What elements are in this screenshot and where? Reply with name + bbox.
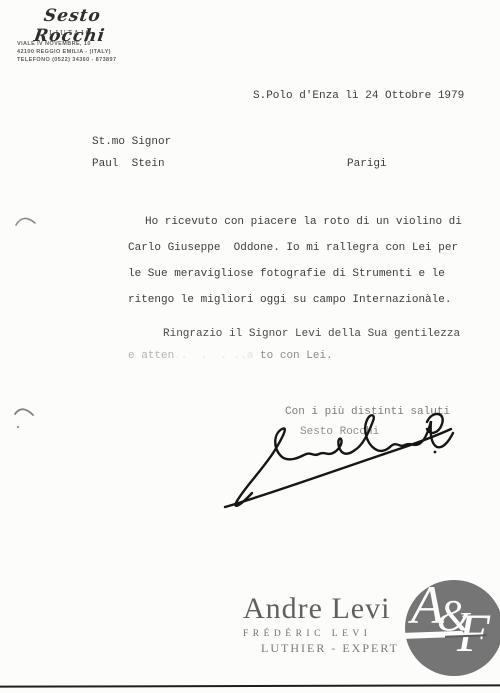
scan-edge-line [0,684,500,687]
body-line: Ringrazio il Signor Levi della Sua genti… [163,328,460,341]
stamp-name-large: Andre Levi [243,592,393,626]
handwritten-signature [222,408,478,518]
body-line: Ho ricevuto con piacere la roto di un vi… [145,216,462,229]
stamp-name-small: FRÉDÉRIC LEVI [243,629,393,639]
letterhead-address-line2: 42100 REGGIO EMILIA - (ITALY) [17,49,147,55]
scanned-letter-page: Sesto Rocchi LIUTAIO VIALE IV NOVEMBRE, … [0,0,500,693]
letterhead-script-name: Sesto Rocchi [13,6,129,46]
body-line: le Sue meravigliose fotografie di Strume… [128,268,445,281]
letterhead-address-line1: VIALE IV NOVEMBRE, 10 [17,41,147,47]
faded-text-smudge: .. . . ..a [174,350,260,362]
margin-pen-mark [12,402,38,430]
body-line: ritengo le migliori oggi su campo Intern… [128,294,451,307]
recipient-city: Parigi [347,158,387,171]
margin-pen-mark [14,212,40,232]
monogram-letter-f: F [457,606,490,660]
body-line-faded: e atten.. . . ..a to con Lei. [128,350,333,363]
recipient-salutation: St.mo Signor [92,136,171,149]
recipient-name: Paul Stein [92,158,165,171]
letterhead-address-line3: TELEFONO (0522) 34360 - 873897 [17,57,147,63]
date-line: S.Polo d'Enza lì 24 Ottobre 1979 [253,90,464,103]
letterhead-title: LIUTAIO [16,28,126,37]
body-line: Carlo Giuseppe Oddone. Io mi rallegra co… [128,242,458,255]
monogram-badge: A & F [405,580,500,676]
stamp-subtitle: LUTHIER - EXPERT [261,641,391,656]
faded-text-fragment: e atten [128,350,174,362]
faded-text-fragment: to con Lei. [260,350,333,362]
